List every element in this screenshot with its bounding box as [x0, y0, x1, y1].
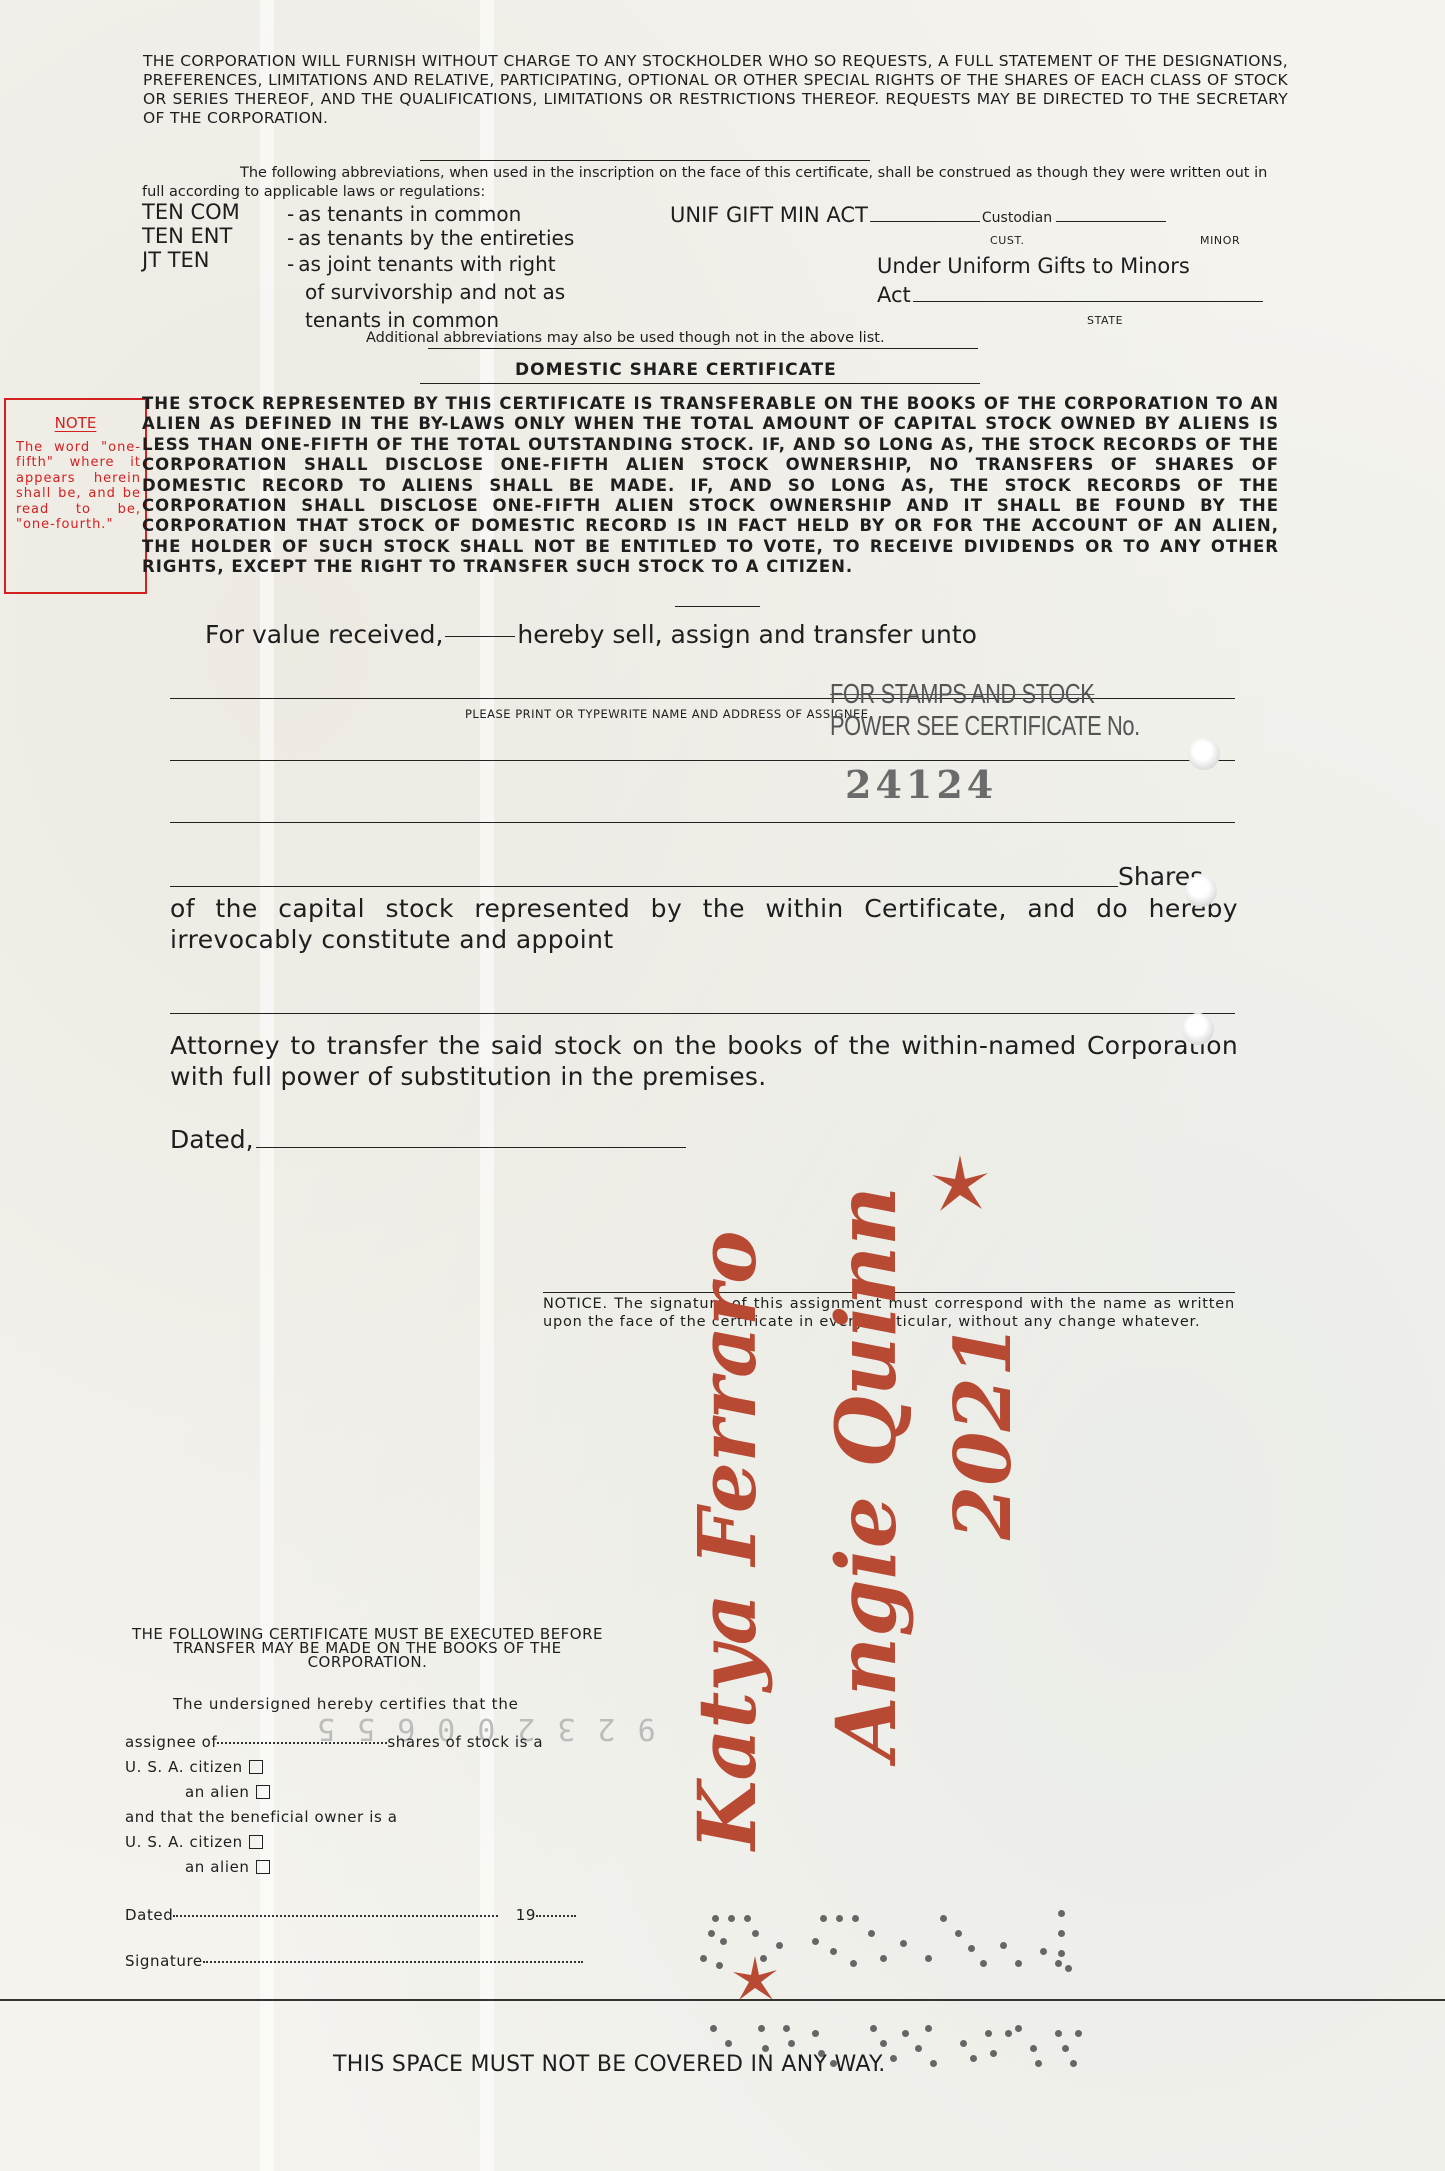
asterisk-icon: [932, 1155, 988, 1211]
note-box: NOTE The word "one-fifth" where it appea…: [4, 398, 147, 594]
perforation-dot: [758, 2025, 765, 2032]
handwritten-signature: Katya Ferraro Angie Quinn 2021: [680, 1150, 1180, 2000]
abbreviations-intro: The following abbreviations, when used i…: [142, 164, 1287, 202]
perforation-dot: [968, 1945, 975, 1952]
perforation-dot: [710, 2025, 717, 2032]
cert-signature-input[interactable]: [203, 1961, 583, 1963]
perforation-dot: [783, 2025, 790, 2032]
perforation-dot: [1035, 2060, 1042, 2067]
cert-date-input[interactable]: [173, 1915, 498, 1917]
perforation-dot: [925, 1955, 932, 1962]
attorney-text: Attorney to transfer the said stock on t…: [170, 1030, 1238, 1092]
perforation-dot: [985, 2030, 992, 2037]
assignee-usa-citizen-checkbox[interactable]: [249, 1760, 263, 1774]
abbr-def-jt-ten-cont-1: of survivorship and not as: [305, 280, 565, 304]
perforation-dot: [890, 2055, 897, 2062]
certificate-number-stamp: 24124: [845, 762, 997, 807]
perforation-dot: [752, 1930, 759, 1937]
date-input-line[interactable]: [256, 1147, 686, 1148]
print-assignee-label: PLEASE PRINT OR TYPEWRITE NAME AND ADDRE…: [465, 707, 869, 721]
beneficial-owner-intro: and that the beneficial owner is a: [125, 1808, 398, 1826]
perforation-dot: [1000, 1942, 1007, 1949]
abbr-def-jt-ten-cont-2: tenants in common: [305, 308, 499, 332]
svg-text:Angie Quinn: Angie Quinn: [819, 1186, 915, 1767]
beneficial-alien-row: an alien: [185, 1858, 270, 1876]
for-value-received: For value received,hereby sell, assign a…: [205, 620, 977, 649]
cust-caption: CUST.: [990, 234, 1025, 247]
perforation-dot: [762, 2045, 769, 2052]
signature-notice: NOTICE. The signature of this assignment…: [543, 1295, 1235, 1331]
note-text: The word "one-fifth" where it appears he…: [6, 432, 145, 532]
preamble-text: THE CORPORATION WILL FURNISH WITHOUT CHA…: [143, 52, 1288, 128]
assignee-alien-row: an alien: [185, 1783, 270, 1801]
abbr-def-jt-ten: -as joint tenants with right: [305, 252, 556, 276]
punch-hole: [1182, 1013, 1214, 1045]
beneficial-usa-citizen-checkbox[interactable]: [249, 1835, 263, 1849]
perforation-dot: [1062, 2045, 1069, 2052]
perforation-dot: [716, 1962, 723, 1969]
svg-text:2021: 2021: [938, 1323, 1029, 1541]
cert-signature-row: Signature: [125, 1952, 583, 1970]
signature-line[interactable]: [543, 1292, 1235, 1293]
perforation-dot: [852, 1915, 859, 1922]
cert-year-input[interactable]: [536, 1915, 576, 1917]
abbr-def-ten-ent: -as tenants by the entireties: [305, 226, 574, 250]
perforation-dot: [725, 2040, 732, 2047]
act-field: Act: [877, 283, 1263, 307]
perforation-dot: [788, 2040, 795, 2047]
domestic-certificate-title: DOMESTIC SHARE CERTIFICATE: [515, 360, 837, 380]
state-caption: STATE: [1087, 314, 1123, 327]
assignor-input-line[interactable]: [445, 636, 515, 637]
perforation-dot: [880, 1955, 887, 1962]
perforation-dot: [1030, 2045, 1037, 2052]
perforation-dot: [955, 1930, 962, 1937]
note-title: NOTE: [6, 414, 145, 432]
abbr-def-ten-com: -as tenants in common: [305, 202, 521, 226]
perforation-dot: [728, 1915, 735, 1922]
state-input-line[interactable]: [913, 301, 1263, 302]
abbr-code-ten-com: TEN COM: [142, 200, 240, 224]
perforation-dot: [812, 2030, 819, 2037]
perforation-dot: [915, 2045, 922, 2052]
perforation-dot: [760, 1955, 767, 1962]
beneficial-alien-checkbox[interactable]: [256, 1860, 270, 1874]
perforation-dot: [1070, 2060, 1077, 2067]
divider: [420, 160, 870, 161]
perforation-dot: [820, 1915, 827, 1922]
perforation-dot: [1075, 2030, 1082, 2037]
beneficial-usa-citizen-row: U. S. A. citizen: [125, 1833, 263, 1851]
perforation-dot: [980, 1960, 987, 1967]
perforation-dot: [940, 1915, 947, 1922]
perforation-dot: [1055, 1960, 1062, 1967]
dated-field: Dated,: [170, 1125, 686, 1154]
perforation-dot: [744, 1915, 751, 1922]
asterisk-icon: [733, 1956, 777, 2000]
cert-dated-row: Dated 19: [125, 1906, 576, 1924]
unif-gift-min-act: UNIF GIFT MIN ACTCustodian: [670, 203, 1166, 227]
citizenship-certificate-heading: THE FOLLOWING CERTIFICATE MUST BE EXECUT…: [125, 1627, 610, 1669]
perforation-dot: [700, 1955, 707, 1962]
assignee-address-line-2[interactable]: [170, 822, 1235, 823]
minor-caption: MINOR: [1200, 234, 1240, 247]
punch-hole: [1188, 738, 1220, 770]
perforation-dot: [812, 1938, 819, 1945]
perforation-dot: [776, 1942, 783, 1949]
perforation-dot: [720, 1938, 727, 1945]
additional-abbreviations-note: Additional abbreviations may also be use…: [366, 330, 885, 346]
abbr-code-jt-ten: JT TEN: [142, 248, 210, 272]
perforation-dot: [836, 1915, 843, 1922]
do-not-cover-notice: THIS SPACE MUST NOT BE COVERED IN ANY WA…: [333, 2052, 886, 2077]
assignee-address-line-1[interactable]: [170, 760, 1235, 761]
divider: [428, 348, 978, 349]
capital-stock-text: of the capital stock represented by the …: [170, 893, 1238, 955]
perforation-dot: [925, 2025, 932, 2032]
perforation-dot: [830, 1948, 837, 1955]
shares-quantity-line[interactable]: [170, 886, 1118, 887]
perforation-dot: [1058, 1950, 1065, 1957]
perforation-dot: [970, 2055, 977, 2062]
perforation-dot: [880, 2040, 887, 2047]
attorney-name-line[interactable]: [170, 1013, 1235, 1014]
abbr-code-ten-ent: TEN ENT: [142, 224, 232, 248]
perforation-dot: [1040, 1948, 1047, 1955]
perforation-dot: [870, 2025, 877, 2032]
divider: [420, 383, 980, 384]
assignee-shares-input[interactable]: [217, 1742, 387, 1744]
minor-input-line[interactable]: [1056, 221, 1166, 222]
perforation-dot: [1015, 2025, 1022, 2032]
perforation-dot: [1055, 2030, 1062, 2037]
perforation-dot: [868, 1930, 875, 1937]
perforation-dot: [708, 1930, 715, 1937]
domestic-restriction-text: THE STOCK REPRESENTED BY THIS CERTIFICAT…: [142, 394, 1279, 578]
perforation-dot: [1005, 2030, 1012, 2037]
assignee-shares-row: assignee ofshares of stock is a: [125, 1733, 543, 1751]
perforation-dot: [930, 2060, 937, 2067]
perforation-dot: [960, 2040, 967, 2047]
divider: [0, 1999, 1445, 2001]
perforation-dot: [990, 2050, 997, 2057]
perforation-dot: [900, 1940, 907, 1947]
assignee-usa-citizen-row: U. S. A. citizen: [125, 1758, 263, 1776]
perforation-dot: [1015, 1960, 1022, 1967]
divider: [675, 606, 760, 607]
stamp-reference: FOR STAMPS AND STOCK POWER SEE CERTIFICA…: [830, 678, 1140, 742]
perforation-dot: [902, 2030, 909, 2037]
perforation-dot: [1065, 1965, 1072, 1972]
punch-hole: [1185, 875, 1217, 907]
under-uniform-gifts: Under Uniform Gifts to Minors: [877, 254, 1190, 278]
perforation-dot: [850, 1960, 857, 1967]
custodian-input-line[interactable]: [870, 221, 980, 222]
perforation-dot: [712, 1915, 719, 1922]
assignee-alien-checkbox[interactable]: [256, 1785, 270, 1799]
perforation-dot: [1058, 1930, 1065, 1937]
perforation-dot: [1058, 1910, 1065, 1917]
